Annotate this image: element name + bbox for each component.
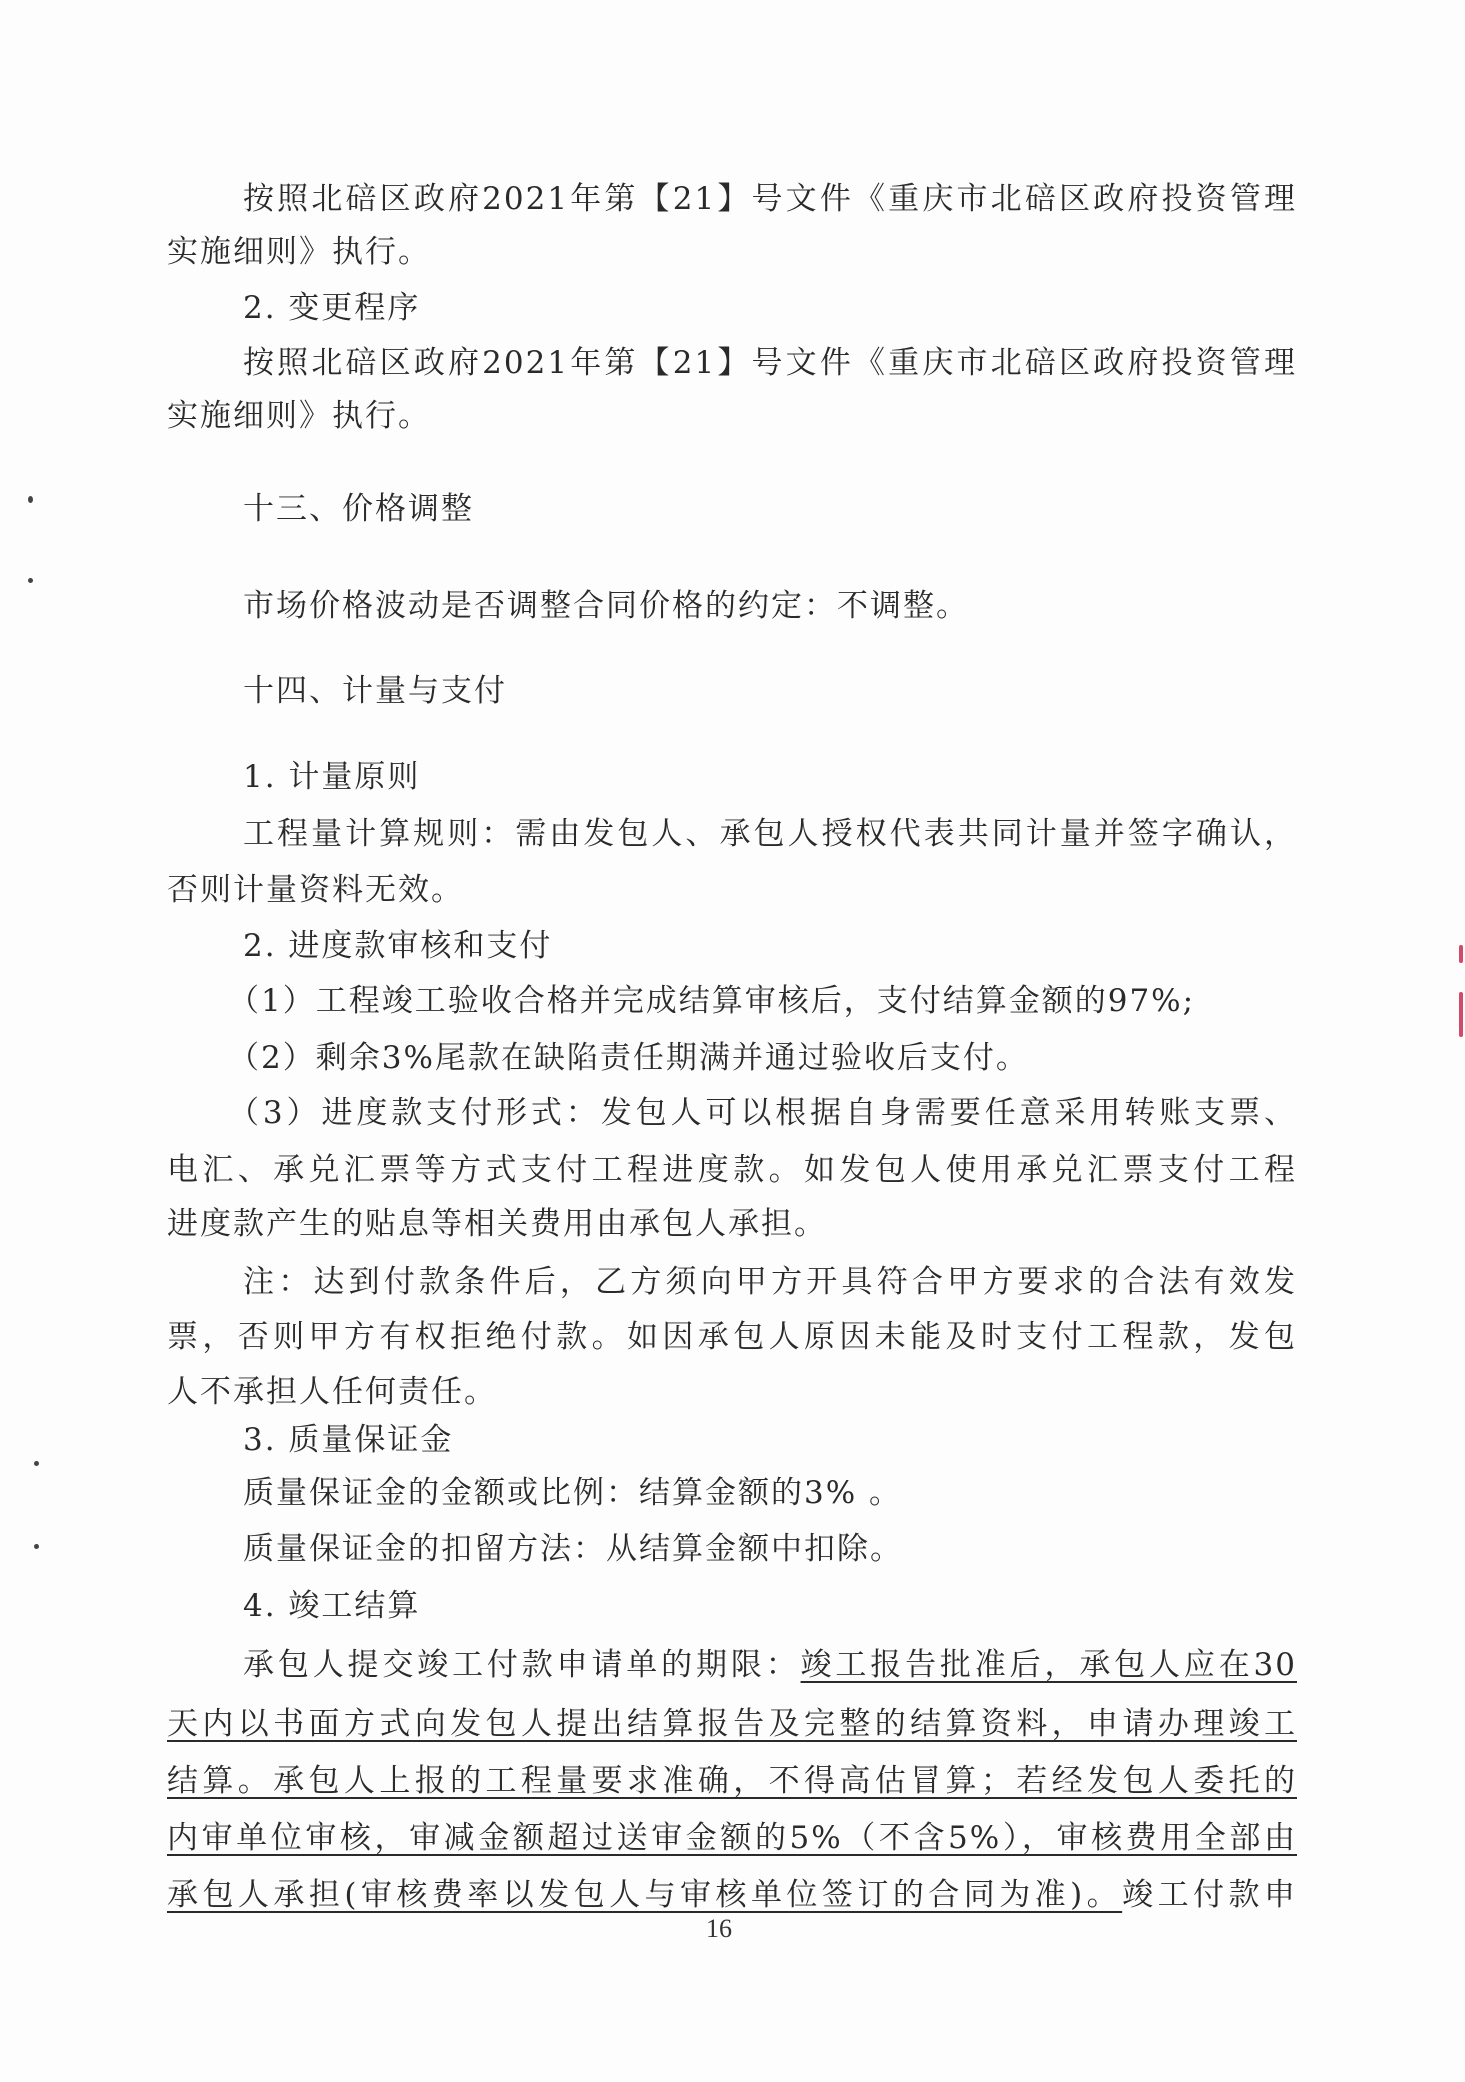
settlement-line-2: 天内以书面方式向发包人提出结算报告及完整的结算资料，申请办理竣工	[167, 1704, 1297, 1744]
scan-speck	[28, 578, 33, 583]
text-line: 2. 变更程序	[243, 288, 420, 328]
text-line: 1. 计量原则	[243, 757, 420, 797]
settlement-line-3: 结算。承包人上报的工程量要求准确，不得高估冒算；若经发包人委托的	[167, 1761, 1297, 1801]
text-line: 质量保证金的金额或比例：结算金额的3% 。	[243, 1473, 902, 1513]
settlement-lead: 承包人提交竣工付款申请单的期限：	[167, 1647, 801, 1683]
settlement-line-5: 承包人承担(审核费率以发包人与审核单位签订的合同为准)。竣工付款申	[167, 1875, 1297, 1915]
text-line: 进度款产生的贴息等相关费用由承包人承担。	[167, 1204, 827, 1244]
settlement-tail: 竣工付款申	[1122, 1877, 1297, 1913]
settlement-underlined-1: 竣工报告批准后，承包人应在30	[801, 1647, 1297, 1683]
text-line: 注：达到付款条件后，乙方须向甲方开具符合甲方要求的合法有效发	[243, 1262, 1297, 1302]
text-line: 十三、价格调整	[243, 489, 474, 529]
scan-speck	[34, 1544, 39, 1549]
text-line: （3）进度款支付形式：发包人可以根据自身需要任意采用转账支票、	[228, 1093, 1297, 1133]
text-line: 3. 质量保证金	[243, 1420, 453, 1460]
text-line: 电汇、承兑汇票等方式支付工程进度款。如发包人使用承兑汇票支付工程	[167, 1150, 1297, 1190]
settlement-line-1: 承包人提交竣工付款申请单的期限：竣工报告批准后，承包人应在30	[167, 1645, 1297, 1685]
text-line: 按照北碚区政府2021年第【21】号文件《重庆市北碚区政府投资管理	[243, 179, 1297, 219]
text-line: （2）剩余3%尾款在缺陷责任期满并通过验收后支付。	[228, 1038, 1029, 1078]
seal-mark	[1459, 945, 1463, 963]
text-line: 票，否则甲方有权拒绝付款。如因承包人原因未能及时支付工程款，发包	[167, 1317, 1297, 1357]
text-line: 工程量计算规则：需由发包人、承包人授权代表共同计量并签字确认，	[243, 814, 1297, 854]
text-line: 否则计量资料无效。	[167, 870, 464, 910]
text-line: 4. 竣工结算	[243, 1586, 420, 1626]
settlement-line-4: 内审单位审核，审减金额超过送审金额的5%（不含5%），审核费用全部由	[167, 1818, 1297, 1858]
settlement-underlined-5: 承包人承担(审核费率以发包人与审核单位签订的合同为准)。	[167, 1877, 1122, 1913]
scan-speck	[34, 1461, 39, 1466]
text-line: （1）工程竣工验收合格并完成结算审核后，支付结算金额的97%;	[228, 981, 1195, 1021]
text-line: 2. 进度款审核和支付	[243, 926, 552, 966]
seal-mark	[1459, 992, 1463, 1037]
text-line: 十四、计量与支付	[243, 671, 507, 711]
page-number: 16	[706, 1914, 732, 1944]
text-line: 实施细则》执行。	[167, 396, 431, 436]
text-line: 按照北碚区政府2021年第【21】号文件《重庆市北碚区政府投资管理	[243, 343, 1297, 383]
text-line: 质量保证金的扣留方法：从结算金额中扣除。	[243, 1529, 903, 1569]
text-line: 市场价格波动是否调整合同价格的约定：不调整。	[243, 586, 969, 626]
text-line: 实施细则》执行。	[167, 232, 431, 272]
scan-speck	[28, 496, 33, 503]
text-line: 人不承担人任何责任。	[167, 1372, 497, 1412]
